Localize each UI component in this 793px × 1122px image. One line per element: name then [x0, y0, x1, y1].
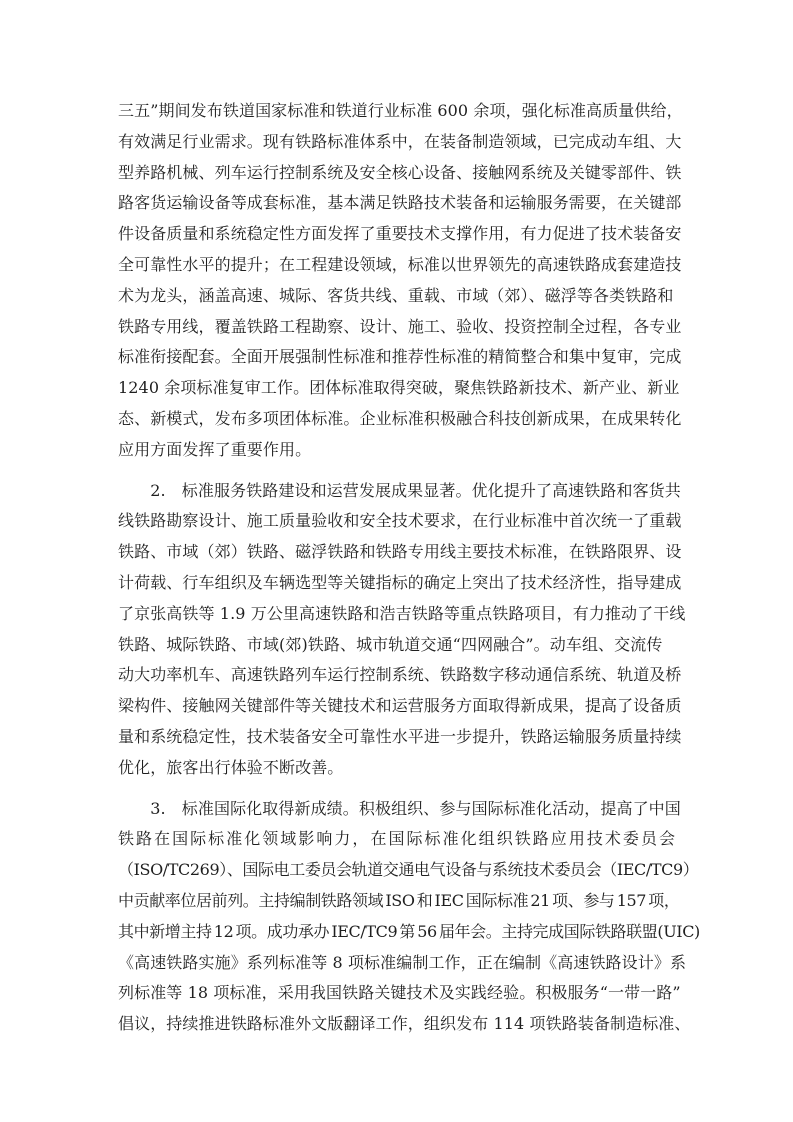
text-line: 《高速铁路实施》系列标准等 8 项标准编制工作，正在编制《高速铁路设计》系 — [118, 948, 675, 979]
text-line: 中贡献率位居前列。主持编制铁路领域 ISO 和 IEC 国际标准 21 项、参与… — [118, 886, 675, 917]
text-line: （ISO/TC269）、国际电工委员会轨道交通电气设备与系统技术委员会（IEC/… — [118, 855, 675, 886]
text-line: 2. 标准服务铁路建设和运营发展成果显著。优化提升了高速铁路和客货共 — [118, 476, 675, 507]
text-line: 三五”期间发布铁道国家标准和铁道行业标准 600 余项，强化标准高质量供给， — [118, 96, 675, 127]
text-line: 铁路、城际铁路、市域(郊)铁路、城市轨道交通“四网融合”。动车组、交流传 — [118, 630, 675, 661]
text-line: 其中新增主持 12 项。成功承办 IEC/TC9 第 56 届年会。主持完成国际… — [118, 917, 675, 948]
text-line: 铁路专用线，覆盖铁路工程勘察、设计、施工、验收、投资控制全过程，各专业 — [118, 312, 675, 343]
document-page: 三五”期间发布铁道国家标准和铁道行业标准 600 余项，强化标准高质量供给，有效… — [0, 0, 793, 1122]
text-line: 计荷载、行车组织及车辆选型等关键指标的确定上突出了技术经济性，指导建成 — [118, 568, 675, 599]
text-line: 列标准等 18 项标准，采用我国铁路关键技术及实践经验。积极服务“一带一路” — [118, 978, 675, 1009]
text-line: 术为龙头，涵盖高速、城际、客货共线、重载、市域（郊）、磁浮等各类铁路和 — [118, 281, 675, 312]
paragraph-3: 3. 标准国际化取得新成绩。积极组织、参与国际标准化活动，提高了中国铁路在国际标… — [118, 794, 675, 1040]
text-line: 件设备质量和系统稳定性方面发挥了重要技术支撑作用，有力促进了技术装备安 — [118, 219, 675, 250]
text-line: 1240 余项标准复审工作。团体标准取得突破，聚焦铁路新技术、新产业、新业 — [118, 373, 675, 404]
text-line: 全可靠性水平的提升；在工程建设领域，标准以世界领先的高速铁路成套建造技 — [118, 250, 675, 281]
paragraph-2: 2. 标准服务铁路建设和运营发展成果显著。优化提升了高速铁路和客货共线铁路勘察设… — [118, 476, 675, 784]
paragraph-1: 三五”期间发布铁道国家标准和铁道行业标准 600 余项，强化标准高质量供给，有效… — [118, 96, 675, 466]
text-line: 线铁路勘察设计、施工质量验收和安全技术要求，在行业标准中首次统一了重载 — [118, 506, 675, 537]
text-line: 动大功率机车、高速铁路列车运行控制系统、铁路数字移动通信系统、轨道及桥 — [118, 660, 675, 691]
text-line: 优化，旅客出行体验不断改善。 — [118, 753, 675, 784]
text-line: 铁路在国际标准化领域影响力，在国际标准化组织铁路应用技术委员会 — [118, 824, 675, 855]
text-line: 了京张高铁等 1.9 万公里高速铁路和浩吉铁路等重点铁路项目，有力推动了干线 — [118, 599, 675, 630]
text-line: 标准衔接配套。全面开展强制性标准和推荐性标准的精简整合和集中复审，完成 — [118, 342, 675, 373]
text-line: 态、新模式，发布多项团体标准。企业标准积极融合科技创新成果，在成果转化 — [118, 404, 675, 435]
text-line: 路客货运输设备等成套标准，基本满足铁路技术装备和运输服务需要，在关键部 — [118, 188, 675, 219]
text-line: 量和系统稳定性，技术装备安全可靠性水平进一步提升，铁路运输服务质量持续 — [118, 722, 675, 753]
text-line: 有效满足行业需求。现有铁路标准体系中，在装备制造领域，已完成动车组、大 — [118, 127, 675, 158]
text-area: 三五”期间发布铁道国家标准和铁道行业标准 600 余项，强化标准高质量供给，有效… — [118, 96, 675, 1040]
text-line: 倡议，持续推进铁路标准外文版翻译工作，组织发布 114 项铁路装备制造标准、 — [118, 1009, 675, 1040]
text-line: 3. 标准国际化取得新成绩。积极组织、参与国际标准化活动，提高了中国 — [118, 794, 675, 825]
text-line: 应用方面发挥了重要作用。 — [118, 435, 675, 466]
text-line: 铁路、市域（郊）铁路、磁浮铁路和铁路专用线主要技术标准，在铁路限界、设 — [118, 537, 675, 568]
text-line: 梁构件、接触网关键部件等关键技术和运营服务方面取得新成果，提高了设备质 — [118, 691, 675, 722]
text-line: 型养路机械、列车运行控制系统及安全核心设备、接触网系统及关键零部件、铁 — [118, 158, 675, 189]
